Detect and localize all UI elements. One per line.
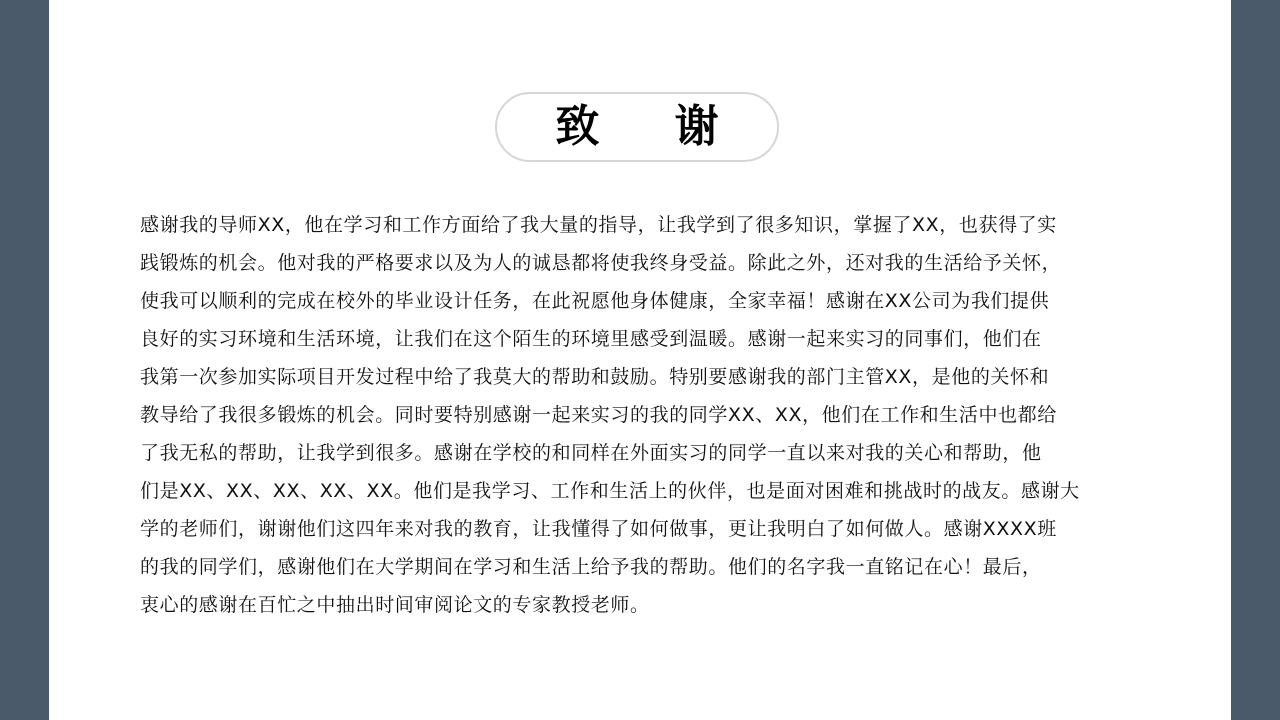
paragraph-line: 们是XX、XX、XX、XX、XX。他们是我学习、工作和生活上的伙伴，也是面对困难…: [140, 472, 1140, 510]
paragraph-line: 的我的同学们，感谢他们在大学期间在学习和生活上给予我的帮助。他们的名字我一直铭记…: [140, 548, 1140, 586]
page-title: 致 谢: [555, 105, 748, 149]
paragraph-line: 使我可以顺利的完成在校外的毕业设计任务，在此祝愿他身体健康，全家幸福！感谢在XX…: [140, 282, 1140, 320]
paragraph-line: 良好的实习环境和生活环境，让我们在这个陌生的环境里感受到温暖。感谢一起来实习的同…: [140, 320, 1140, 358]
acknowledgement-paragraph: 感谢我的导师XX，他在学习和工作方面给了我大量的指导，让我学到了很多知识，掌握了…: [140, 206, 1140, 624]
paragraph-line: 衷心的感谢在百忙之中抽出时间审阅论文的专家教授老师。: [140, 586, 1140, 624]
paragraph-line: 了我无私的帮助，让我学到很多。感谢在学校的和同样在外面实习的同学一直以来对我的关…: [140, 434, 1140, 472]
paragraph-line: 教导给了我很多锻炼的机会。同时要特别感谢一起来实习的我的同学XX、XX，他们在工…: [140, 396, 1140, 434]
paragraph-line: 践锻炼的机会。他对我的严格要求以及为人的诚恳都将使我终身受益。除此之外，还对我的…: [140, 244, 1140, 282]
paragraph-line: 感谢我的导师XX，他在学习和工作方面给了我大量的指导，让我学到了很多知识，掌握了…: [140, 206, 1140, 244]
title-pill: 致 谢: [495, 92, 779, 162]
paragraph-line: 我第一次参加实际项目开发过程中给了我莫大的帮助和鼓励。特别要感谢我的部门主管XX…: [140, 358, 1140, 396]
slide-page: 致 谢 感谢我的导师XX，他在学习和工作方面给了我大量的指导，让我学到了很多知识…: [49, 0, 1231, 720]
paragraph-line: 学的老师们，谢谢他们这四年来对我的教育，让我懂得了如何做事，更让我明白了如何做人…: [140, 510, 1140, 548]
